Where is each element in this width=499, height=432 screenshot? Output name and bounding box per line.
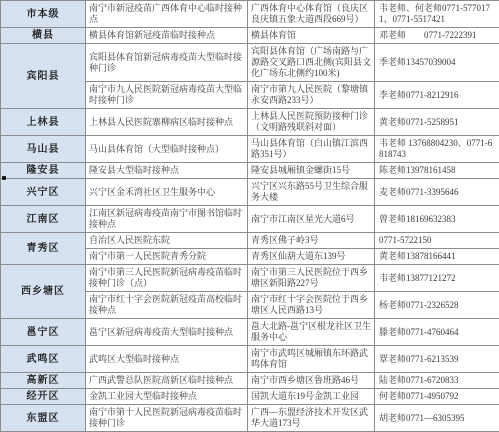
address-cell: 南宁市武鸣区城厢镇东环路武鸣体育馆 <box>248 346 375 373</box>
address-cell: 宾阳县体育馆（广场南路与广源路交叉路口西北侧(宾阳县文化广场东北侧约100米) <box>248 44 375 82</box>
site-name-cell: 南宁市第三人民医院新冠病毒疫苗临时接种门诊（点） <box>86 265 248 292</box>
table-row: 经开区 金凯工业园大型临时接种点 国凯大道东19号金凯工业园 何老师0771-4… <box>1 389 499 405</box>
district-cell: 武鸣区 <box>1 346 86 373</box>
district-cell: 宾阳县 <box>1 44 86 109</box>
table-row: 兴宁区 兴宁区金禾湾社区卫生服务中心 兴宁区兴东路55号卫生综合服务大楼 麦老师… <box>1 179 499 206</box>
contact-cell: 邓老师 0771-7222391 <box>375 28 499 44</box>
site-name-cell: 邕宁区新冠病毒疫苗大型临时接种点 <box>86 319 248 346</box>
contact-cell: 韦老师 13768804230、0771-6818743 <box>375 136 499 163</box>
address-cell: 南宁市第三人民医院位于西乡塘区新阳路227号 <box>248 265 375 292</box>
contact-cell: 何老师0771-4950792 <box>375 389 499 405</box>
contact-cell: 韦老师13877121272 <box>375 265 499 292</box>
district-cell: 市本级 <box>1 1 86 28</box>
table-row: 市本级 南宁市新冠疫苗广西体育中心临时接种点 广西体育中心体育馆（良庆区良庆镇五… <box>1 1 499 28</box>
contact-cell: 韦老师、何老师0771-5770171、0771-5517421 <box>375 1 499 28</box>
contact-cell: 黄老师13878166441 <box>375 249 499 265</box>
contact-cell: 陈老师13978161458 <box>375 163 499 179</box>
district-cell: 兴宁区 <box>1 179 86 206</box>
address-cell: 青秀区仙葫大道东139号 <box>248 249 375 265</box>
address-cell: 马山县体育馆（白山镇江滨西路351号） <box>248 136 375 163</box>
district-cell: 经开区 <box>1 389 86 405</box>
table-row: 青秀区 自治区人民医院东院 青秀区佛子岭3号 0771-5722150 <box>1 233 499 249</box>
table-row: 西乡塘区 南宁市第三人民医院新冠病毒疫苗临时接种门诊（点） 南宁市第三人民医院位… <box>1 265 499 292</box>
contact-cell: 覃老师0771-6213539 <box>375 346 499 373</box>
site-name-cell: 南宁市红十字会医院新冠疫苗高校临时接种点 <box>86 292 248 319</box>
address-cell: 上林县人民医院预防接种门诊（文明路残联斜对面） <box>248 109 375 136</box>
district-cell: 马山县 <box>1 136 86 163</box>
district-cell: 江南区 <box>1 206 86 233</box>
table-row: 武鸣区 武鸣区大型临时接种点 南宁市武鸣区城厢镇东环路武鸣体育馆 覃老师0771… <box>1 346 499 373</box>
table-row: 隆安县 隆安县大型临时接种点 隆安县城厢镇金螺街15号 陈老师139781614… <box>1 163 499 179</box>
address-cell: 横县体育馆 <box>248 28 375 44</box>
district-cell: 高新区 <box>1 373 86 389</box>
address-cell: 广西体育中心体育馆（良庆区良庆镇五象大道西段669号） <box>248 1 375 28</box>
address-cell: 兴宁区兴东路55号卫生综合服务大楼 <box>248 179 375 206</box>
site-name-cell: 南宁市第十人民医院新冠病毒疫苗临时接种门诊 <box>86 405 248 432</box>
site-name-cell: 武鸣区大型临时接种点 <box>86 346 248 373</box>
table-row: 上林县 上林县人民医院寨柳病区临时接种点 上林县人民医院预防接种门诊（文明路残联… <box>1 109 499 136</box>
site-name-cell: 马山县体育馆（大型临时接种点） <box>86 136 248 163</box>
site-name-cell: 上林县人民医院寨柳病区临时接种点 <box>86 109 248 136</box>
district-cell: 上林县 <box>1 109 86 136</box>
district-cell: 青秀区 <box>1 233 86 265</box>
address-cell: 南宁市江南区星光大道6号 <box>248 206 375 233</box>
address-cell: 隆安县城厢镇金螺街15号 <box>248 163 375 179</box>
site-name-cell: 自治区人民医院东院 <box>86 233 248 249</box>
contact-cell: 季老师13457039004 <box>375 44 499 82</box>
district-cell: 隆安县 <box>1 163 86 179</box>
site-name-cell: 广西武警总队医院高新区临时接种点 <box>86 373 248 389</box>
table-row: 马山县 马山县体育馆（大型临时接种点） 马山县体育馆（白山镇江滨西路351号） … <box>1 136 499 163</box>
contact-cell: 陆老师0771-6720833 <box>375 373 499 389</box>
address-cell: 国凯大道东19号金凯工业园 <box>248 389 375 405</box>
contact-cell: 黄老师0771-5258951 <box>375 109 499 136</box>
page: { "colors":{ "district_bg":"#d6e2f0", "b… <box>0 0 499 432</box>
site-name-cell: 宾阳县体育馆新冠病毒疫苗大型临时接种门诊 <box>86 44 248 82</box>
district-cell: 邕宁区 <box>1 319 86 346</box>
site-name-cell: 横县体育馆新冠疫苗临时接种点 <box>86 28 248 44</box>
vaccination-sites-table: 市本级 南宁市新冠疫苗广西体育中心临时接种点 广西体育中心体育馆（良庆区良庆镇五… <box>0 0 499 432</box>
contact-cell: 曾老师18169632383 <box>375 206 499 233</box>
table-row: 邕宁区 邕宁区新冠病毒疫苗大型临时接种点 邕大北路-邕宁区根龙社区卫生服务中心 … <box>1 319 499 346</box>
contact-cell: 0771-5722150 <box>375 233 499 249</box>
table-row: 宾阳县 宾阳县体育馆新冠病毒疫苗大型临时接种门诊 宾阳县体育馆（广场南路与广源路… <box>1 44 499 82</box>
site-name-cell: 南宁市新冠疫苗广西体育中心临时接种点 <box>86 1 248 28</box>
table-row: 东盟区 南宁市第十人民医院新冠病毒疫苗临时接种门诊 广西—东盟经济技术开发区武华… <box>1 405 499 432</box>
contact-cell: 滕老师0771-4760464 <box>375 319 499 346</box>
address-cell: 南宁市红十字会医院位于西乡塘区人民西路13号 <box>248 292 375 319</box>
contact-cell: 李老师0771-8212916 <box>375 82 499 109</box>
address-cell: 青秀区佛子岭3号 <box>248 233 375 249</box>
site-name-cell: 南宁市九人民医院新冠病毒疫苗大型临时接种门诊 <box>86 82 248 109</box>
district-cell: 东盟区 <box>1 405 86 432</box>
contact-cell: 麦老师0771-3395646 <box>375 179 499 206</box>
site-name-cell: 南宁市第一人民医院青秀分院 <box>86 249 248 265</box>
site-name-cell: 隆安县大型临时接种点 <box>86 163 248 179</box>
table-row: 江南区 江南区新冠病毒疫苗南宁市图书馆临时接种点 南宁市江南区星光大道6号 曾老… <box>1 206 499 233</box>
address-cell: 广西—东盟经济技术开发区武华大道173号 <box>248 405 375 432</box>
address-cell: 南宁市第九人民医院（黎塘镇永安西路233号） <box>248 82 375 109</box>
address-cell: 南宁市西乡塘区鲁班路46号 <box>248 373 375 389</box>
address-cell: 邕大北路-邕宁区根龙社区卫生服务中心 <box>248 319 375 346</box>
table-row: 横县 横县体育馆新冠疫苗临时接种点 横县体育馆 邓老师 0771-7222391 <box>1 28 499 44</box>
district-cell: 西乡塘区 <box>1 265 86 319</box>
contact-cell: 胡老师0771—6305395 <box>375 405 499 432</box>
table-row: 高新区 广西武警总队医院高新区临时接种点 南宁市西乡塘区鲁班路46号 陆老师07… <box>1 373 499 389</box>
site-name-cell: 兴宁区金禾湾社区卫生服务中心 <box>86 179 248 206</box>
district-cell: 横县 <box>1 28 86 44</box>
stray-bullet-dot <box>2 176 6 180</box>
site-name-cell: 江南区新冠病毒疫苗南宁市图书馆临时接种点 <box>86 206 248 233</box>
site-name-cell: 金凯工业园大型临时接种点 <box>86 389 248 405</box>
contact-cell: 杨老师0771-2326528 <box>375 292 499 319</box>
